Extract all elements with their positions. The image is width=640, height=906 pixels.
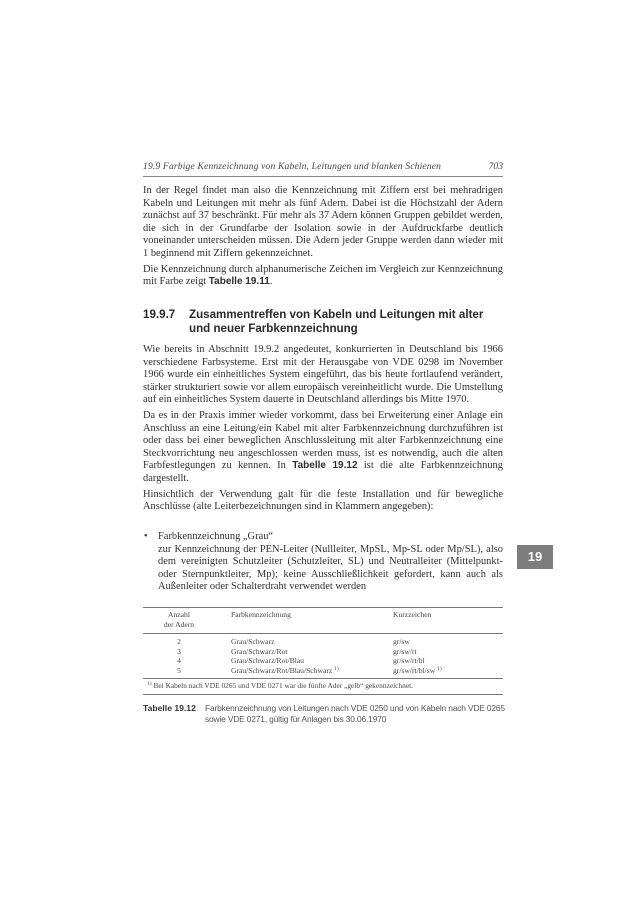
list-item: • Farbkennzeichnung „Grau“ zur Kennzeich…	[143, 531, 503, 594]
cell-code: gr/sw/rt	[393, 647, 503, 657]
paragraph: In der Regel findet man also die Kennzei…	[143, 185, 503, 261]
footnote-mark: 1)	[437, 666, 442, 672]
column-header-code: Kurzzeichen	[393, 608, 503, 634]
cell-text: gr/sw/rt/bl/sw	[393, 666, 435, 675]
cell-text: 5	[177, 666, 181, 675]
cell-text: 4	[177, 656, 181, 665]
intro-section: In der Regel findet man also die Kennzei…	[143, 185, 503, 292]
paragraph: Hinsichtlich der Verwendung galt für die…	[143, 489, 503, 514]
header-text: der Adern	[164, 620, 194, 629]
section-number: 19.9.7	[143, 308, 175, 322]
footnote-mark: 1)	[334, 666, 339, 672]
cell-code: gr/sw/rt/bl/sw 1)	[393, 666, 503, 678]
section-title: Zusammentreffen von Kabeln und Leitungen…	[189, 308, 499, 335]
cell-text: Grau/Schwarz/Rot/Blau/Schwarz	[231, 666, 332, 675]
caption-text: Farbkennzeichnung von Leitungen nach VDE…	[205, 703, 505, 724]
cell-code: gr/sw	[393, 634, 503, 647]
cell-count: 5	[143, 666, 215, 678]
cell-text: gr/sw/rt/bl	[393, 656, 425, 665]
footnote-text: Bei Kabeln nach VDE 0265 und VDE 0271 wa…	[153, 681, 413, 690]
cell-colors: Grau/Schwarz/Rot	[215, 647, 393, 657]
cell-count: 3	[143, 647, 215, 657]
bullet-title: Farbkennzeichnung „Grau“	[158, 531, 503, 544]
cell-text: gr/sw	[393, 637, 410, 646]
cell-text: 2	[177, 637, 181, 646]
cell-text: Grau/Schwarz/Rot/Blau	[231, 656, 304, 665]
table-row: 3Grau/Schwarz/Rot gr/sw/rt	[143, 647, 503, 657]
page-number: 703	[489, 161, 503, 172]
column-header-count: Anzahlder Adern	[143, 608, 215, 634]
bullet-text: zur Kennzeichnung der PEN-Leiter (Nullle…	[158, 544, 503, 594]
table-reference-link[interactable]: Tabelle 19.12	[292, 460, 357, 471]
table-row: 2Grau/Schwarz gr/sw	[143, 634, 503, 647]
cell-count: 2	[143, 634, 215, 647]
cell-colors: Grau/Schwarz/Rot/Blau/Schwarz 1)	[215, 666, 393, 678]
table-reference-link[interactable]: Tabelle 19.11	[209, 276, 270, 287]
column-header-colors: Farbkennzeichnung	[215, 608, 393, 634]
table-header-row: Anzahlder Adern Farbkennzeichnung Kurzze…	[143, 608, 503, 634]
table-footnote-row: 1) Bei Kabeln nach VDE 0265 und VDE 0271…	[143, 678, 503, 694]
header-text: Anzahl	[168, 610, 190, 619]
paragraph-text: Die Kennzeichnung durch alphanumerische …	[143, 264, 503, 288]
table-row: 5Grau/Schwarz/Rot/Blau/Schwarz 1)gr/sw/r…	[143, 666, 503, 678]
paragraph: Da es in der Praxis immer wieder vorkomm…	[143, 410, 503, 486]
cell-text: Grau/Schwarz/Rot	[231, 647, 288, 656]
color-code-table: Anzahlder Adern Farbkennzeichnung Kurzze…	[143, 607, 503, 695]
table-footnote: 1) Bei Kabeln nach VDE 0265 und VDE 0271…	[143, 678, 503, 694]
cell-colors: Grau/Schwarz	[215, 634, 393, 647]
cell-count: 4	[143, 656, 215, 666]
running-header-title: 19.9 Farbige Kennzeichnung von Kabeln, L…	[143, 161, 441, 172]
paragraph-text: .	[270, 276, 273, 287]
paragraph: Die Kennzeichnung durch alphanumerische …	[143, 264, 503, 289]
cell-text: Grau/Schwarz	[231, 637, 274, 646]
caption-label: Tabelle 19.12	[143, 703, 196, 714]
table-row: 4Grau/Schwarz/Rot/Blau gr/sw/rt/bl	[143, 656, 503, 666]
chapter-thumb-tab: 19	[517, 545, 553, 569]
cell-code: gr/sw/rt/bl	[393, 656, 503, 666]
bullet-list: • Farbkennzeichnung „Grau“ zur Kennzeich…	[143, 531, 503, 597]
bullet-icon: •	[144, 531, 148, 544]
footnote-mark: 1)	[147, 681, 152, 687]
paragraph: Wie bereits in Abschnitt 19.9.2 angedeut…	[143, 344, 503, 407]
running-header: 19.9 Farbige Kennzeichnung von Kabeln, L…	[143, 159, 503, 177]
section-body: Wie bereits in Abschnitt 19.9.2 angedeut…	[143, 344, 503, 517]
cell-text: gr/sw/rt	[393, 647, 417, 656]
cell-colors: Grau/Schwarz/Rot/Blau	[215, 656, 393, 666]
cell-text: 3	[177, 647, 181, 656]
